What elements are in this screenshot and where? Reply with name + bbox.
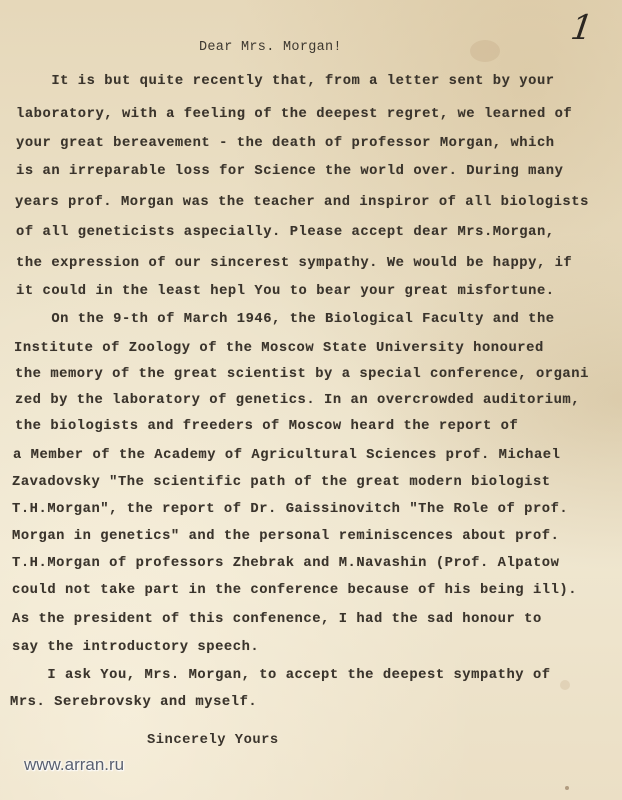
body-line: T.H.Morgan", the report of Dr. Gaissinov… xyxy=(12,502,568,517)
body-line: T.H.Morgan of professors Zhebrak and M.N… xyxy=(12,556,559,571)
handwritten-page-number: 1 xyxy=(568,8,595,48)
body-line: On the 9-th of March 1946, the Biologica… xyxy=(16,312,555,327)
body-line: Zavadovsky "The scientific path of the g… xyxy=(12,475,551,490)
body-line: the expression of our sincerest sympathy… xyxy=(16,256,572,271)
body-line: of all geneticists aspecially. Please ac… xyxy=(16,225,555,240)
body-line: a Member of the Academy of Agricultural … xyxy=(13,448,560,463)
closing: Sincerely Yours xyxy=(147,733,279,748)
body-line: laboratory, with a feeling of the deepes… xyxy=(16,107,572,122)
salutation: Dear Mrs. Morgan! xyxy=(199,40,342,55)
body-line: the memory of the great scientist by a s… xyxy=(15,367,589,382)
watermark-link[interactable]: www.arran.ru xyxy=(24,755,124,775)
paper-stain xyxy=(565,786,569,790)
body-line: the biologists and freeders of Moscow he… xyxy=(15,419,518,434)
body-line: Mrs. Serebrovsky and myself. xyxy=(10,695,257,710)
paper-stain xyxy=(560,680,570,690)
body-line: years prof. Morgan was the teacher and i… xyxy=(15,195,589,210)
body-line: As the president of this confenence, I h… xyxy=(12,612,542,627)
body-line: is an irreparable loss for Science the w… xyxy=(16,164,563,179)
body-line: say the introductory speech. xyxy=(12,640,259,655)
body-line: Morgan in genetics" and the personal rem… xyxy=(12,529,559,544)
body-line: your great bereavement - the death of pr… xyxy=(16,136,555,151)
body-line: I ask You, Mrs. Morgan, to accept the de… xyxy=(12,668,551,683)
paper-stain xyxy=(470,40,500,62)
body-line: Institute of Zoology of the Moscow State… xyxy=(14,341,544,356)
body-line: zed by the laboratory of genetics. In an… xyxy=(15,393,580,408)
body-line: It is but quite recently that, from a le… xyxy=(16,74,555,89)
letter-page: 1 Dear Mrs. Morgan! It is but quite rece… xyxy=(0,0,622,800)
body-line: it could in the least hepl You to bear y… xyxy=(16,284,555,299)
body-line: could not take part in the conference be… xyxy=(12,583,577,598)
